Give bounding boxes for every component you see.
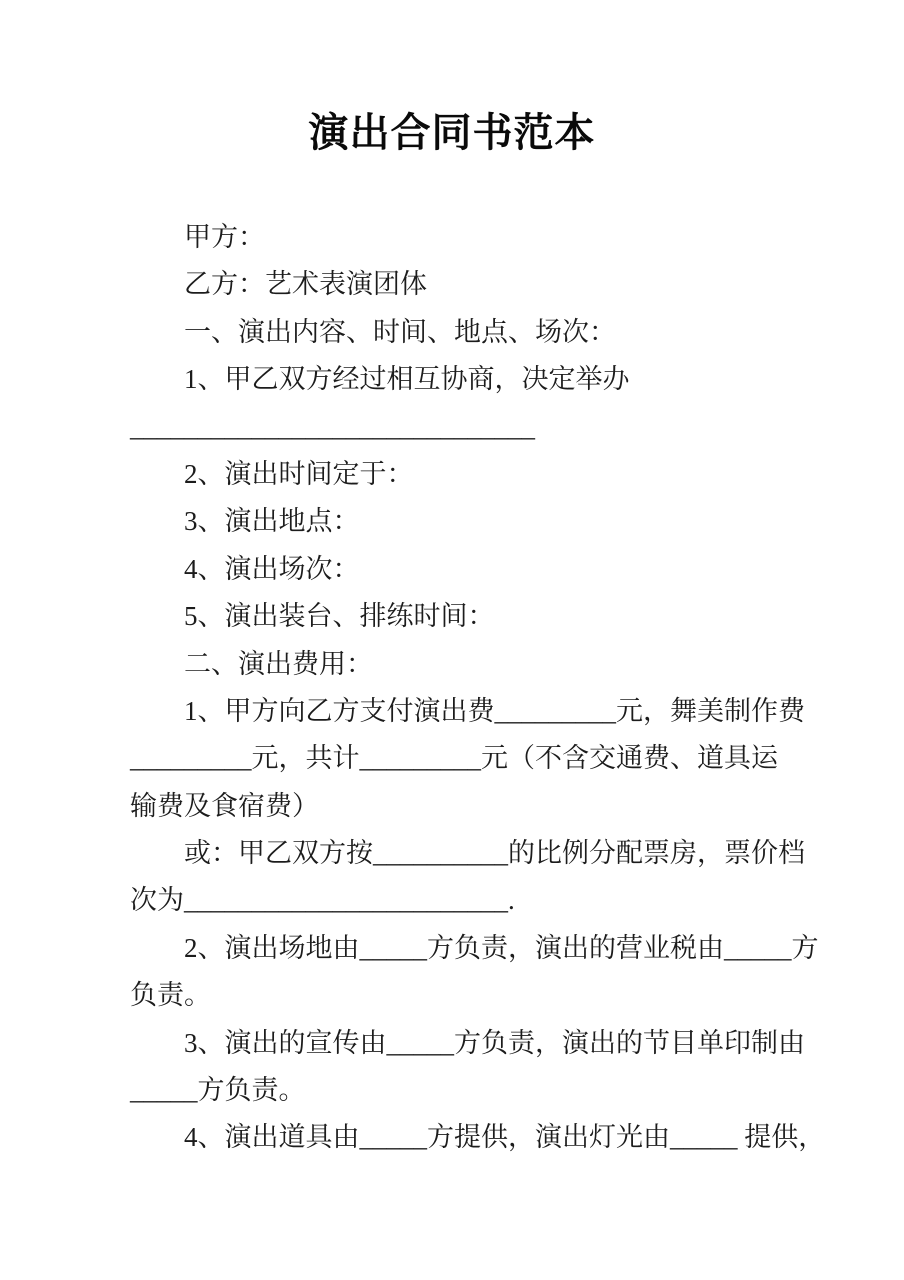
document-body: 甲方： 乙方：艺术表演团体 一、演出内容、时间、地点、场次： 1、甲乙双方经过相…	[130, 214, 795, 1162]
line-item-2-2-b: 负责。	[130, 972, 795, 1019]
line-item-1-1: 1、甲乙双方经过相互协商，决定举办	[130, 356, 795, 403]
line-item-2-3-a: 3、演出的宣传由_____方负责，演出的节目单印制由	[130, 1020, 795, 1067]
line-item-2-2-a: 2、演出场地由_____方负责，演出的营业税由_____方	[130, 925, 795, 972]
line-item-2-1-a: 1、甲方向乙方支付演出费_________元，舞美制作费	[130, 688, 795, 735]
page-title: 演出合同书范本	[0, 104, 904, 162]
line-item-2-1-c: 输费及食宿费）	[130, 783, 795, 830]
line-item-2-1-alt-b: 次为________________________.	[130, 877, 795, 924]
line-item-2-3-b: _____方负责。	[130, 1067, 795, 1114]
line-item-2-1-alt-a: 或：甲乙双方按__________的比例分配票房，票价档	[130, 830, 795, 877]
line-item-1-3: 3、演出地点：	[130, 498, 795, 545]
line-item-1-4: 4、演出场次：	[130, 546, 795, 593]
line-item-2-4: 4、演出道具由_____方提供，演出灯光由_____ 提供，	[130, 1114, 795, 1161]
contract-document-page: 演出合同书范本 甲方： 乙方：艺术表演团体 一、演出内容、时间、地点、场次： 1…	[0, 0, 904, 1280]
line-section1-heading: 一、演出内容、时间、地点、场次：	[130, 309, 795, 356]
line-section2-heading: 二、演出费用：	[130, 641, 795, 688]
line-item-1-2: 2、演出时间定于：	[130, 451, 795, 498]
line-party-b: 乙方：艺术表演团体	[130, 261, 795, 308]
line-item-1-5: 5、演出装台、排练时间：	[130, 593, 795, 640]
line-blank-underline: ______________________________	[130, 404, 795, 451]
line-item-2-1-b: _________元，共计_________元（不含交通费、道具运	[130, 735, 795, 782]
line-party-a: 甲方：	[130, 214, 795, 261]
